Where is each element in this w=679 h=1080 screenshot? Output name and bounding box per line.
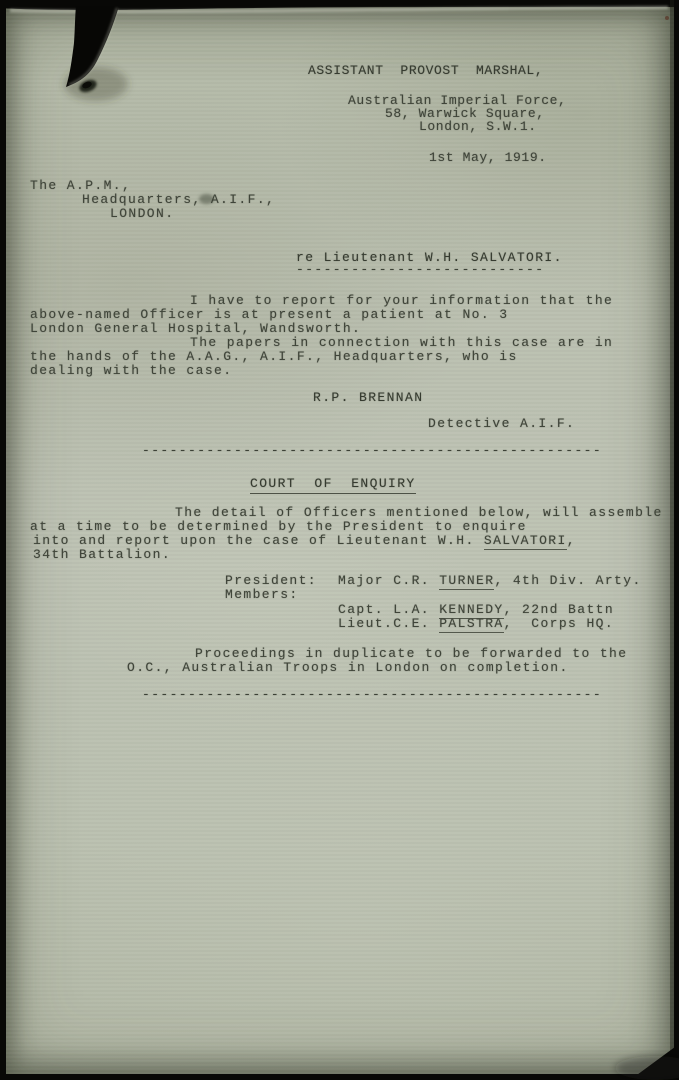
signature-title: Detective A.I.F.: [428, 417, 575, 431]
enquiry-line-text: ,: [567, 533, 576, 548]
president-label: President:: [225, 574, 317, 588]
signature-name: R.P. BRENNAN: [313, 391, 423, 405]
officer-unit: , 4th Div. Arty.: [494, 573, 641, 588]
report-paragraph-line: above-named Officer is at present a pati…: [30, 308, 508, 322]
recipient-line: Headquarters, A.I.F.,: [82, 193, 275, 207]
letterhead-city-line: London, S.W.1.: [419, 120, 537, 134]
officer-rank: Capt. L.A.: [338, 602, 439, 617]
recipient-line: The A.P.M.,: [30, 179, 131, 193]
date-line: 1st May, 1919.: [429, 151, 547, 165]
officer-rank: Major C.R.: [338, 573, 439, 588]
members-label: Members:: [225, 588, 299, 602]
scanned-letter-page: ASSISTANT PROVOST MARSHAL, Australian Im…: [0, 0, 679, 1080]
section-divider: ----------------------------------------…: [142, 688, 602, 702]
officer-line: Capt. L.A. KENNEDY, 22nd Battn: [338, 603, 614, 617]
letter-content: ASSISTANT PROVOST MARSHAL, Australian Im…: [0, 0, 679, 1080]
closing-line: O.C., Australian Troops in London on com…: [127, 661, 569, 675]
officer-line: Major C.R. TURNER, 4th Div. Arty.: [338, 574, 642, 588]
officer-surname: TURNER: [439, 573, 494, 590]
enquiry-paragraph-line: at a time to be determined by the Presid…: [30, 520, 527, 534]
report-paragraph-line: dealing with the case.: [30, 364, 232, 378]
officer-unit: , Corps HQ.: [504, 616, 614, 631]
report-paragraph-line: The papers in connection with this case …: [190, 336, 613, 350]
enquiry-paragraph-line: The detail of Officers mentioned below, …: [175, 506, 663, 520]
enquiry-paragraph-line: into and report upon the case of Lieuten…: [33, 534, 576, 548]
subject-underline: ---------------------------: [296, 263, 544, 277]
ink-smudge: [199, 194, 214, 204]
court-of-enquiry-heading: COURT OF ENQUIRY: [250, 477, 416, 494]
officer-surname: PALSTRA: [439, 616, 503, 633]
officer-unit: , 22nd Battn: [504, 602, 614, 617]
report-paragraph-line: London General Hospital, Wandsworth.: [30, 322, 361, 336]
officer-rank: Lieut.C.E.: [338, 616, 439, 631]
enquiry-paragraph-line: 34th Battalion.: [33, 548, 171, 562]
officer-surname: SALVATORI: [484, 533, 567, 550]
closing-line: Proceedings in duplicate to be forwarded…: [195, 647, 627, 661]
letterhead-office: ASSISTANT PROVOST MARSHAL,: [308, 64, 543, 78]
recipient-line: LONDON.: [110, 207, 174, 221]
section-divider: ----------------------------------------…: [142, 444, 602, 458]
enquiry-line-text: into and report upon the case of Lieuten…: [33, 533, 484, 548]
report-paragraph-line: I have to report for your information th…: [190, 294, 613, 308]
officer-line: Lieut.C.E. PALSTRA, Corps HQ.: [338, 617, 614, 631]
report-paragraph-line: the hands of the A.A.G., A.I.F., Headqua…: [30, 350, 518, 364]
